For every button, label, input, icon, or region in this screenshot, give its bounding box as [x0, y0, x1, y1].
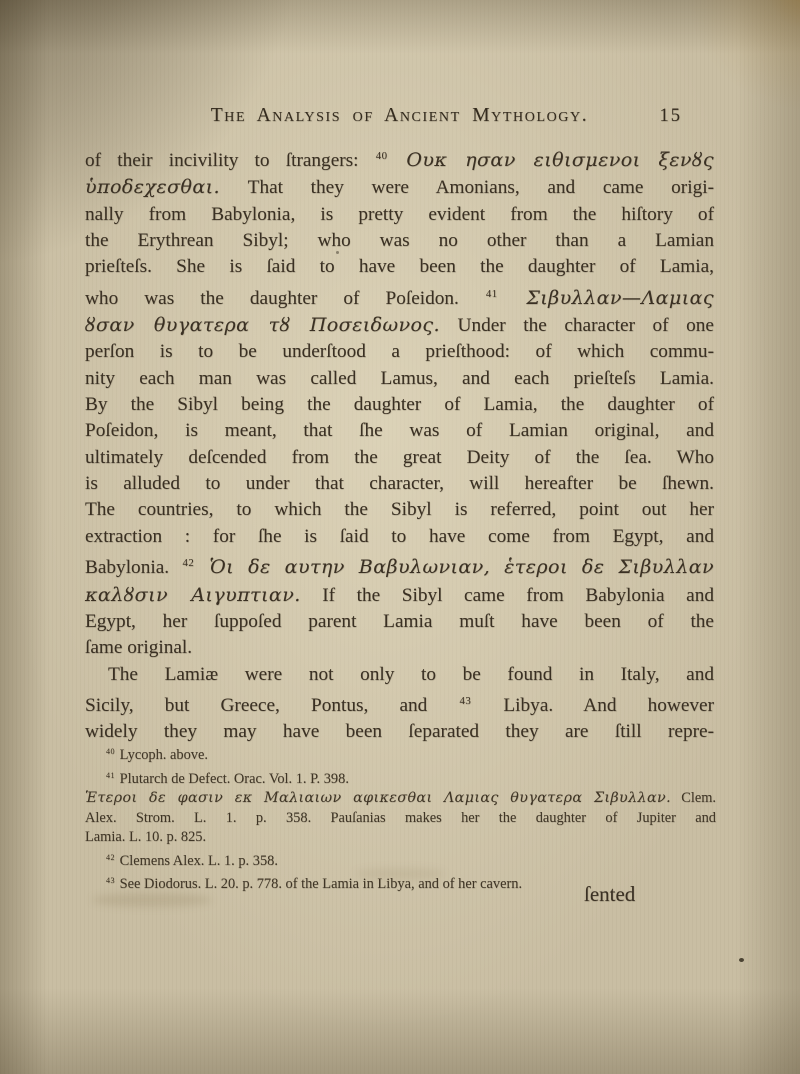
show-through-ghost: [355, 868, 445, 880]
text-segment: extraction : for ſhe is ſaid to have com…: [85, 526, 714, 547]
paper-speck: [700, 505, 703, 508]
text-segment: Lamia. L. 10. p. 825.: [85, 829, 206, 845]
text-line: ſame original.: [85, 635, 714, 661]
text-line: ultimately deſcended from the great Deit…: [85, 445, 714, 471]
text-segment: the Erythrean Sibyl; who was no other th…: [85, 230, 714, 251]
footnote-marker: 40: [375, 150, 389, 162]
page-number: 15: [660, 106, 683, 127]
footnote-line: Lamia. L. 10. p. 825.: [85, 828, 716, 848]
text-segment: of their incivility to ſtrangers:: [85, 150, 375, 171]
show-through-ghost: [92, 893, 212, 907]
text-segment: nally from Babylonia, is pretty evident …: [85, 204, 714, 225]
text-segment: ſame original.: [85, 637, 192, 658]
text-line: The Lamiæ were not only to be found in I…: [85, 662, 714, 688]
footnote-marker: 41: [485, 288, 499, 300]
footnote-line: Alex. Strom. L. 1. p. 358. Pauſanias mak…: [85, 809, 716, 829]
text-line: By the Sibyl being the daughter of Lamia…: [85, 392, 714, 418]
footnote-line: 40 Lycoph. above.: [85, 742, 716, 766]
text-line: καλȣσιν Αιγυπτιαν. If the Sibyl came fro…: [85, 582, 714, 609]
text-segment: See Diodorus. L. 20. p. 778. of the Lami…: [116, 876, 522, 892]
text-line: Babylonia. 42 Ὁι δε αυτην Βαβυλωνιαν, ἑτ…: [85, 550, 714, 581]
footnote-marker: 42: [105, 853, 116, 862]
footnote-marker: 40: [105, 747, 116, 756]
text-segment: prieſteſs. She is ſaid to have been the …: [85, 256, 714, 277]
greek-text: Ουκ ησαν ειθισμενοι ξενȣς: [389, 148, 714, 171]
text-segment: The countries, to which the Sibyl is ref…: [85, 499, 714, 520]
footnote-marker: 43: [458, 695, 472, 707]
text-line: perſon is to be underſtood a prieſthood:…: [85, 339, 714, 365]
text-line: Poſeidon, is meant, that ſhe was of Lami…: [85, 418, 714, 444]
text-line: The countries, to which the Sibyl is ref…: [85, 497, 714, 523]
greek-text: καλȣσιν Αιγυπτιαν.: [85, 583, 301, 606]
text-line: nity each man was called Lamus, and each…: [85, 366, 714, 392]
greek-text: Ὁι δε αυτην Βαβυλωνιαν, ἑτεροι δε Σιβυλλ…: [195, 555, 714, 578]
catchword: ſented: [584, 882, 635, 907]
footnote-marker: 42: [181, 557, 195, 569]
text-segment: is alluded to under that character, will…: [85, 473, 714, 494]
text-line: nally from Babylonia, is pretty evident …: [85, 202, 714, 228]
text-segment: ultimately deſcended from the great Deit…: [85, 447, 714, 468]
text-line: extraction : for ſhe is ſaid to have com…: [85, 524, 714, 550]
text-line: who was the daughter of Poſeidon. 41 Σιβ…: [85, 281, 714, 312]
footnote-line: 41 Plutarch de Defect. Orac. Vol. 1. P. …: [85, 766, 716, 790]
text-segment: By the Sibyl being the daughter of Lamia…: [85, 394, 714, 415]
paper-speck: [336, 251, 339, 254]
text-segment: Clem.: [671, 790, 716, 806]
text-segment: That they were Amonians, and came origi-: [220, 177, 714, 198]
text-segment: Babylonia.: [85, 557, 181, 578]
text-segment: Poſeidon, is meant, that ſhe was of Lami…: [85, 420, 714, 441]
header-title: The Analysis of Ancient Mythology.: [211, 105, 588, 126]
text-line: of their incivility to ſtrangers: 40 Ουκ…: [85, 143, 714, 174]
text-line: prieſteſs. She is ſaid to have been the …: [85, 254, 714, 280]
greek-text: Ἑτεροι δε φασιν εκ Μαλιαιων αφικεσθαι Λα…: [85, 790, 671, 806]
text-segment: The Lamiæ were not only to be found in I…: [108, 664, 714, 685]
text-segment: Sicily, but Greece, Pontus, and: [85, 695, 458, 716]
text-segment: widely they may have been ſeparated they…: [85, 721, 714, 742]
text-segment: Alex. Strom. L. 1. p. 358. Pauſanias mak…: [85, 810, 716, 826]
greek-text: ȣσαν θυγατερα τȣ Ποσειδωνος.: [85, 313, 440, 336]
text-segment: perſon is to be underſtood a prieſthood:…: [85, 341, 714, 362]
text-segment: nity each man was called Lamus, and each…: [85, 368, 714, 389]
text-segment: Under the character of one: [440, 315, 714, 336]
body-text: of their incivility to ſtrangers: 40 Ουκ…: [85, 143, 714, 746]
book-page-scan: The Analysis of Ancient Mythology. 15 of…: [0, 0, 800, 1074]
footnote-marker: 41: [105, 771, 116, 780]
footnote-marker: 43: [105, 876, 116, 885]
greek-text: ὑποδεχεσθαι.: [85, 175, 220, 198]
text-line: Sicily, but Greece, Pontus, and 43 Libya…: [85, 688, 714, 719]
text-line: the Erythrean Sibyl; who was no other th…: [85, 228, 714, 254]
text-line: ȣσαν θυγατερα τȣ Ποσειδωνος. Under the c…: [85, 312, 714, 339]
text-line: Egypt, her ſuppoſed parent Lamia muſt ha…: [85, 609, 714, 635]
text-segment: Plutarch de Defect. Orac. Vol. 1. P. 398…: [116, 771, 349, 787]
greek-text: Σιβυλλαν—Λαμιας: [499, 286, 714, 309]
text-segment: Egypt, her ſuppoſed parent Lamia muſt ha…: [85, 611, 714, 632]
text-segment: who was the daughter of Poſeidon.: [85, 288, 485, 309]
text-segment: Lycoph. above.: [116, 747, 208, 763]
text-segment: If the Sibyl came from Babylonia and: [301, 585, 714, 606]
text-segment: Clemens Alex. L. 1. p. 358.: [116, 853, 278, 869]
running-header: The Analysis of Ancient Mythology. 15: [85, 105, 714, 133]
paper-speck: [739, 958, 744, 962]
text-line: is alluded to under that character, will…: [85, 471, 714, 497]
text-segment: Libya. And however: [472, 695, 714, 716]
text-line: ὑποδεχεσθαι. That they were Amonians, an…: [85, 174, 714, 201]
footnote-line: Ἑτεροι δε φασιν εκ Μαλιαιων αφικεσθαι Λα…: [85, 789, 716, 809]
